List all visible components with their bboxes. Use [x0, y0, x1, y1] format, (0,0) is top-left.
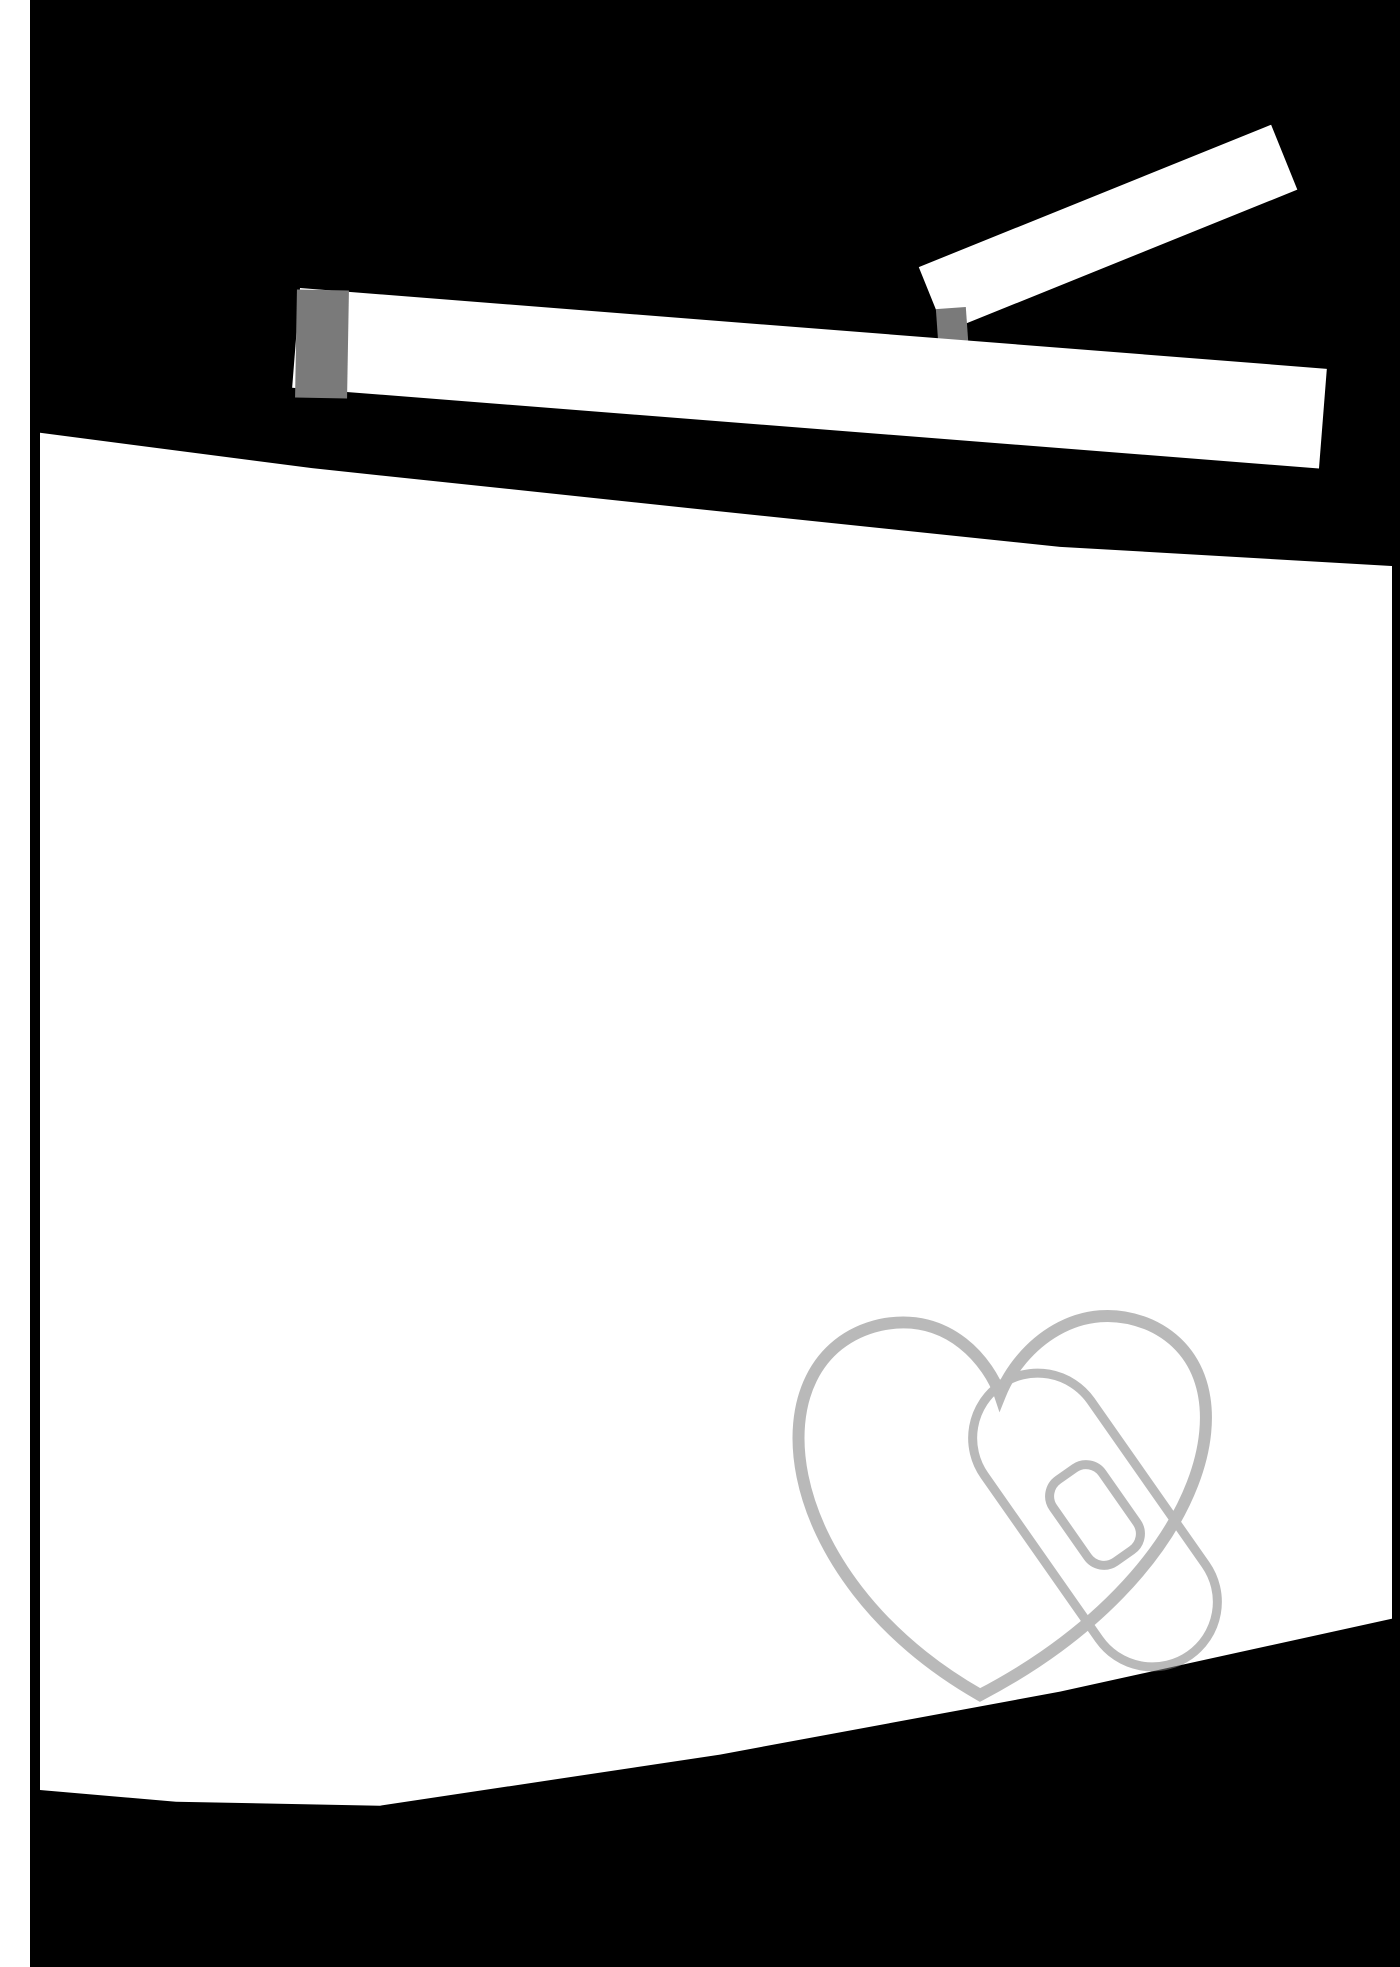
page-edge [1392, 0, 1400, 1967]
paragraph-gap [128, 565, 1348, 608]
paragraph-gap [128, 522, 1348, 565]
subtitle-ribbon [292, 288, 1327, 469]
episode-tab [919, 125, 1298, 332]
article-body [128, 522, 1348, 608]
ribbon-end [295, 290, 349, 399]
page-margin [0, 0, 30, 1967]
paper-sheet [40, 0, 1400, 1967]
